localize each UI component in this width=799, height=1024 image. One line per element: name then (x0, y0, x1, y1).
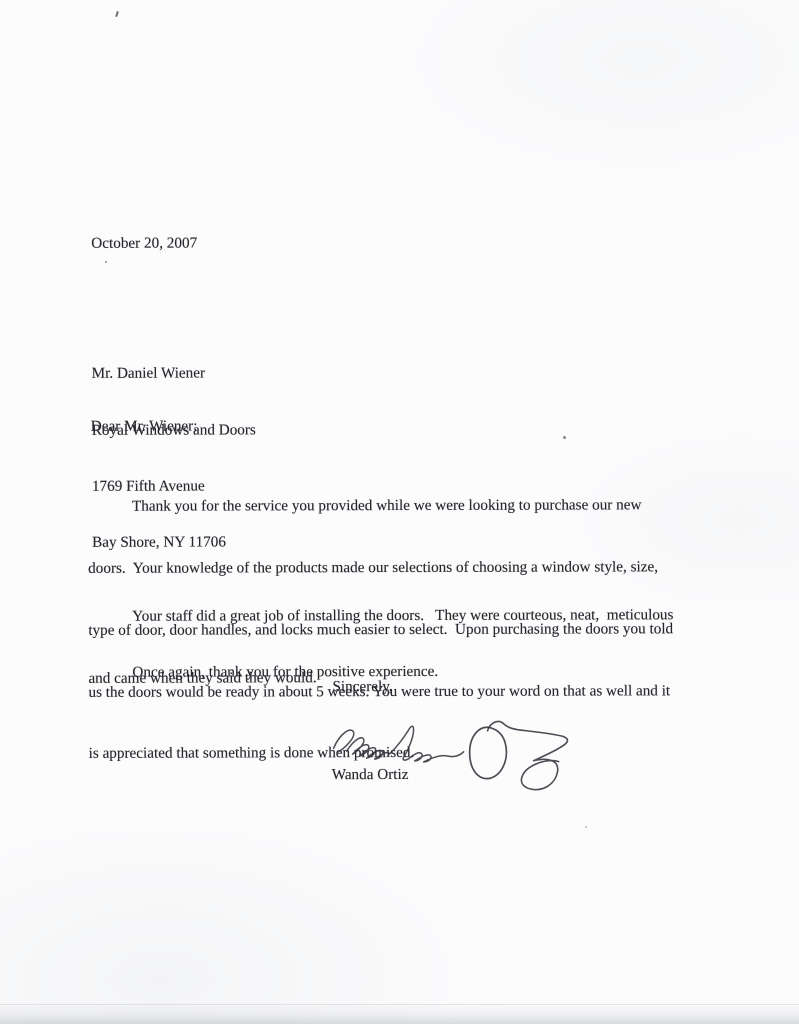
paragraph-line: Once again, thank you for the positive e… (88, 661, 748, 683)
scanned-letter-page: October 20, 2007 Mr. Daniel Wiener Royal… (0, 0, 799, 1024)
paragraph-line: Thank you for the service you provided w… (88, 495, 748, 517)
sender-typed-name: Wanda Ortiz (332, 765, 409, 786)
scan-speck (105, 261, 107, 263)
letter-date: October 20, 2007 (91, 234, 197, 255)
letter-content: October 20, 2007 Mr. Daniel Wiener Royal… (0, 0, 799, 1024)
scan-edge-shadow (0, 1002, 799, 1024)
scan-speck (585, 826, 587, 828)
scan-speck (563, 436, 566, 439)
salutation: Dear Mr. Wiener: (91, 417, 198, 438)
closing-salutation: Sincerely, (332, 677, 392, 698)
handwritten-signature-image (321, 704, 583, 815)
recipient-name: Mr. Daniel Wiener (92, 365, 256, 384)
